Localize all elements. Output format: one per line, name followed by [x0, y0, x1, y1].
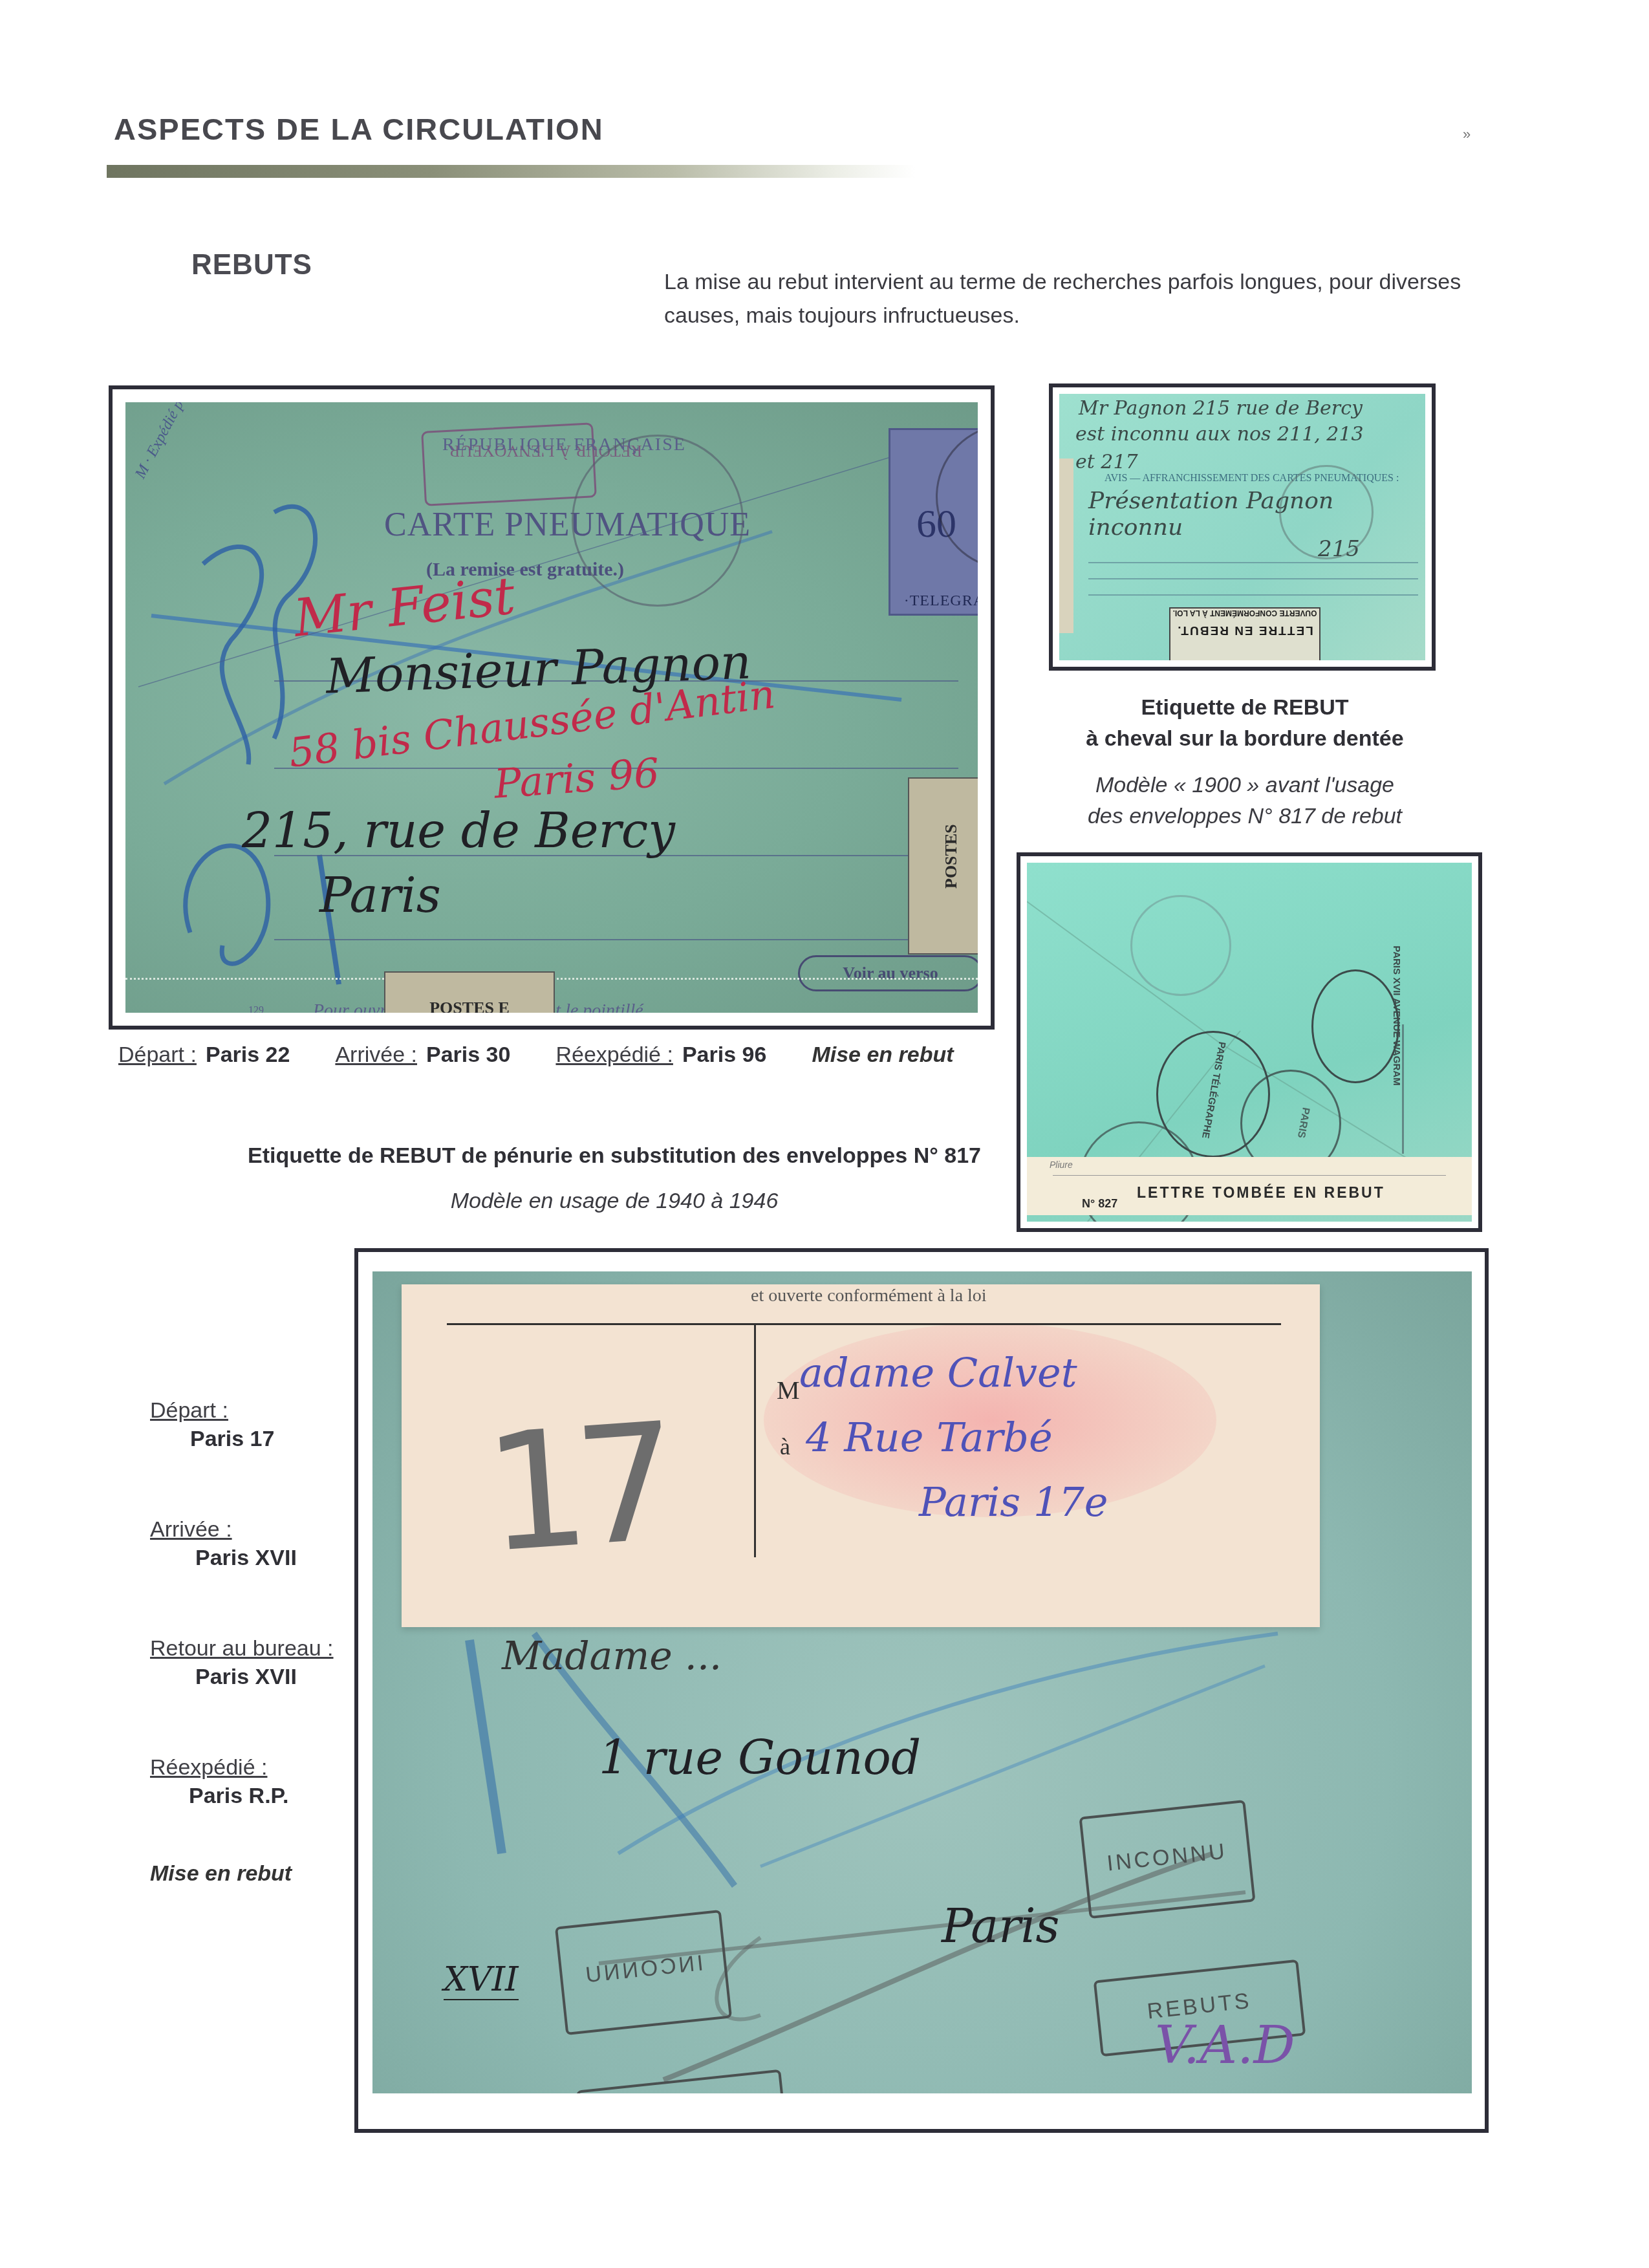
address-line [274, 939, 958, 940]
detail-value-reexpedie: Paris R.P. [150, 1784, 370, 1861]
printed-text-line [1088, 562, 1418, 563]
printed-text-line [1088, 578, 1418, 579]
label-vertical-rule [754, 1324, 756, 1557]
caption-value-depart: Paris 22 [206, 1042, 290, 1067]
handwritten-note [1402, 1024, 1443, 1154]
handwritten-note-1: Mr Pagnon 215 rue de Bercy [1079, 397, 1363, 420]
band-divider [1053, 1175, 1446, 1176]
circular-postmark [1279, 465, 1374, 559]
handwritten-city: Paris [319, 868, 441, 923]
rebut-label-1900-frame: Mr Pagnon 215 rue de Bercy est inconnu a… [1049, 383, 1436, 671]
item2-caption-title: Etiquette de REBUT à cheval sur la bordu… [1051, 692, 1439, 754]
stamp-label: ·TELEGRAPHE· [890, 592, 978, 610]
caption-label-depart: Départ : [118, 1042, 197, 1067]
label-top-text: et ouverte conformément à la loi [751, 1286, 987, 1306]
handwritten-note-2: est inconnu aux nos 211, 213 [1075, 423, 1364, 446]
penurie-rebut-label: et ouverte conformément à la loi 17 M à … [402, 1284, 1320, 1627]
caption-mise-en-rebut: Mise en rebut [812, 1042, 953, 1067]
item3-caption-title: Etiquette de REBUT de pénurie en substit… [242, 1143, 986, 1169]
handwritten-note-4: Présentation Pagnon inconnu [1088, 488, 1425, 541]
lettre-tombee-en-rebut-image: PARIS XVII AVENUE WAGRAM PARIS TÉLÉGRAPH… [1027, 863, 1472, 1222]
handwritten-original-city: Paris [942, 1899, 1060, 1953]
carte-pneumatique-image: M · Expédié par RETOUR À L'ENVOYEUR RÉPU… [125, 402, 978, 1013]
handwritten-note-3: et 217 [1075, 451, 1138, 473]
label-printed-m: M [777, 1375, 800, 1405]
band-number: N° 827 [1082, 1197, 1117, 1211]
handwritten-xvii: XVII [444, 1960, 519, 2000]
handwritten-vad: V.A.D [1155, 2015, 1295, 2075]
page-header-title: ASPECTS DE LA CIRCULATION [114, 111, 604, 147]
circular-postmark [572, 435, 744, 607]
handwritten-original-addressee: Madame ... [502, 1634, 722, 1679]
inconnu-stamp-1: INCONNU [555, 1910, 732, 2035]
lettre-tombee-en-rebut-frame: PARIS XVII AVENUE WAGRAM PARIS TÉLÉGRAPH… [1017, 852, 1482, 1232]
header-divider-bar [107, 165, 915, 178]
stamp-60c-telegraphe: 60 ·TELEGRAPHE· [889, 428, 978, 616]
caption-value-arrivee: Paris 30 [426, 1042, 510, 1067]
form-number: 129 [248, 1005, 264, 1013]
handwritten-violet-street: 4 Rue Tarbé [806, 1414, 1053, 1461]
side-rebut-label-strip [1059, 459, 1073, 633]
intro-paragraph: La mise au rebut intervient au terme de … [664, 265, 1479, 332]
penurie-label-letter-image: Madame ... 1 rue Gounod Paris XVII INCON… [372, 1271, 1472, 2093]
detail-label-retour: Retour au bureau : [150, 1636, 370, 1665]
caption-value-reexpedie: Paris 96 [682, 1042, 766, 1067]
postes-label-side: POSTES [908, 777, 978, 955]
band-title: LETTRE TOMBÉE EN REBUT [1137, 1184, 1385, 1202]
detail-label-arrivee: Arrivée : [150, 1517, 370, 1546]
faded-postmark [1130, 895, 1231, 996]
detail-value-retour: Paris XVII [150, 1665, 370, 1755]
detail-label-depart: Départ : [150, 1398, 370, 1427]
caption-label-arrivee: Arrivée : [335, 1042, 417, 1067]
printed-text-line [1088, 594, 1418, 596]
stamp-cancel-postmark [936, 424, 978, 570]
label-horizontal-rule [447, 1323, 1281, 1325]
item3-caption-model: Modèle en usage de 1940 à 1946 [242, 1189, 986, 1214]
handwritten-original-street: 1 rue Gounod [599, 1731, 921, 1785]
inconnu-stamp-2: INCONNU [1079, 1800, 1255, 1919]
label-printed-a: à [780, 1433, 790, 1460]
penurie-label-letter-frame: Madame ... 1 rue Gounod Paris XVII INCON… [354, 1248, 1489, 2133]
detail-value-depart: Paris 17 [150, 1427, 370, 1517]
voir-au-verso-oval: Voir au verso [798, 955, 978, 991]
handwritten-violet-name: adame Calvet [799, 1349, 1077, 1396]
lettre-tombee-band-label: Pliure LETTRE TOMBÉE EN REBUT N° 827 [1027, 1157, 1472, 1215]
item4-details-list: Départ : Paris 17 Arrivée : Paris XVII R… [150, 1398, 370, 1886]
item1-caption: Départ :Paris 22Arrivée :Paris 30Réexpéd… [118, 1042, 954, 1068]
section-title: REBUTS [191, 249, 312, 281]
pencil-number-17: 17 [479, 1388, 672, 1589]
rebut-label-1900-image: Mr Pagnon 215 rue de Bercy est inconnu a… [1059, 394, 1425, 660]
page-marker: » [1463, 126, 1471, 143]
postes-label-bottom: POSTES E [384, 971, 555, 1013]
detail-label-reexpedie: Réexpédié : [150, 1755, 370, 1784]
carte-pneumatique-frame: M · Expédié par RETOUR À L'ENVOYEUR RÉPU… [109, 385, 995, 1030]
detail-value-arrivee: Paris XVII [150, 1546, 370, 1636]
caption-label-reexpedie: Réexpédié : [555, 1042, 673, 1067]
detail-mise-en-rebut: Mise en rebut [150, 1861, 370, 1886]
item2-caption-model: Modèle « 1900 » avant l'usage des envelo… [1035, 770, 1455, 832]
band-pliure-text: Pliure [1050, 1160, 1073, 1170]
lettre-en-rebut-label: LETTRE EN REBUT. OUVERTE CONFORMÉMENT À … [1169, 607, 1320, 660]
postmark-paris-wagram: PARIS XVII AVENUE WAGRAM [1311, 969, 1399, 1083]
handwritten-street: 215, rue de Bercy [242, 803, 675, 859]
handwritten-violet-city: Paris 17e [919, 1478, 1108, 1526]
